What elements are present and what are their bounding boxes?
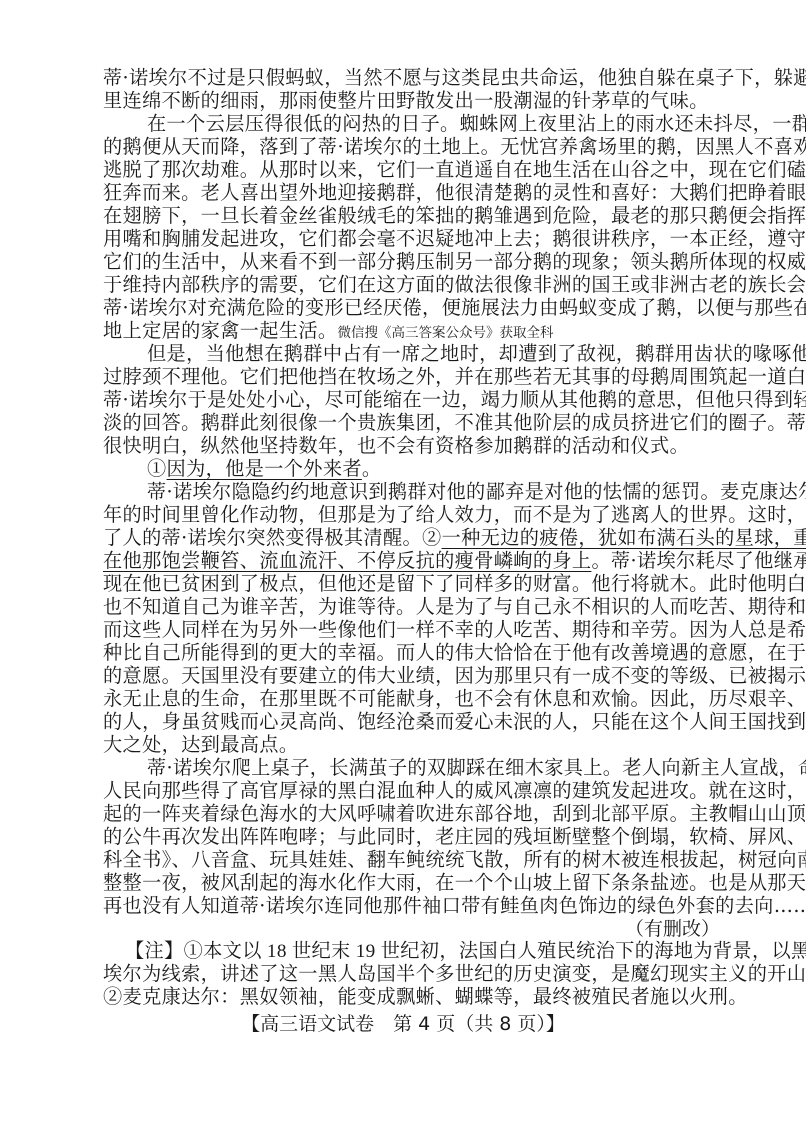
text-line: 逃脱了那次劫难。从那时以来，它们一直逍遥自在地生活在山谷之中，现在它们磕磕撞撞地: [103, 158, 718, 181]
text-line: 永无止息的生命，在那里既不可能献身，也不会有休息和欢愉。因此，历尽艰辛、不断苦斗: [103, 687, 718, 710]
exam-page: 蒂·诺埃尔不过是只假蚂蚁，当然不愿与这类昆虫共命运，他独自躲在桌子下，躲避那天夜…: [0, 0, 806, 1141]
text-line: 现在他已贫困到了极点，但他还是留下了同样多的财富。他行将就木。此时他明白了人永远: [103, 572, 718, 595]
annotation-line: ②麦克康达尔：黑奴领袖，能变成飘蜥、蝴蝶等，最终被殖民者施以火刑。: [103, 986, 718, 1009]
text-segment: 。蒂·诺埃尔耗尽了他继承的财富，: [591, 549, 806, 572]
underlined-text: 一种无边的疲倦，犹如布满石头的星球，重重地压: [442, 526, 806, 549]
underlined-sentence-2-end: 在他那饱尝鞭笞、流血流汗、不停反抗的瘦骨嶙峋的身上。蒂·诺埃尔耗尽了他继承的财富…: [103, 549, 718, 572]
text-segment: 地上定居的家禽一起生活。: [103, 319, 337, 342]
text-line: 的鹅便从天而降，落到了蒂·诺埃尔的土地上。无忧宫养禽场里的鹅，因黑人不喜欢鹅肉而: [103, 135, 718, 158]
text-line: 起的一阵夹着绿色海水的大风呼啸着吹进东部谷地，刮到北部平原。主教帽山山顶上被屠宰: [103, 802, 718, 825]
text-line: 很快明白，纵然他坚持数年，也不会有资格参加鹅群的活动和仪式。: [103, 434, 718, 457]
paragraph-start: 在一个云层压得很低的闷热的日子。蜘蛛网上夜里沾上的雨水还未抖尽，一群吵吵闹闹: [147, 112, 718, 135]
watermark: 微信搜《高三答案公众号》获取全科: [337, 325, 553, 341]
text-line: 蒂·诺埃尔对充满危险的变形已经厌倦，便施展法力由蚂蚁变成了鹅，以便与那些在他的土: [103, 296, 718, 319]
edit-note: （有删改）: [620, 918, 720, 941]
text-line: 它们的生活中，从来看不到一部分鹅压制另一部分鹅的现象；领头鹅所体现的权威仅仅是出: [103, 250, 718, 273]
text-line: 于维持内部秩序的需要，它们在这方面的做法很像非洲的国王或非洲古老的族长会议的头领…: [103, 273, 718, 296]
text-line: 在翅膀下，一旦长着金丝雀般绒毛的笨拙的鹅雏遇到危险，最老的那只鹅便会指挥所有的鹅: [103, 204, 718, 227]
underlined-text: 因为，他是一个外来者: [167, 457, 362, 480]
text-line: 用嘴和胸脯发起进攻，它们都会毫不迟疑地冲上去；鹅很讲秩序，一本正经，遵守制度，在: [103, 227, 718, 250]
annotation-line: 埃尔为线索，讲述了这一黑人岛国半个多世纪的历史演变，是魔幻现实主义的开山之作。: [103, 963, 718, 986]
text-line: 的意愿。天国里没有要建立的伟大业绩，因为那里只有一成不变的等级、已被揭示的秘密和: [103, 664, 718, 687]
text-line: 种比自己所能得到的更大的幸福。而人的伟大恰恰在于他有改善境遇的意愿，在于他有奋争: [103, 641, 718, 664]
text-line: 里连绵不断的细雨，那雨使整片田野散发出一股潮湿的针茅草的气味。: [103, 89, 718, 112]
text-line-with-watermark: 地上定居的家禽一起生活。微信搜《高三答案公众号》获取全科: [103, 319, 718, 342]
text-segment: 了人的蒂·诺埃尔突然变得极其清醒。②: [103, 526, 442, 549]
text-line: 大之处，达到最高点。: [103, 733, 718, 756]
underlined-text: 在他那饱尝鞭笞、流血流汗、不停反抗的瘦骨嶙峋的身上: [103, 549, 591, 572]
marker-1: ①: [147, 457, 167, 480]
text-line: 淡的回答。鹅群此刻很像一个贵族集团，不准其他阶层的成员挤进它们的圈子。蒂·诺埃尔: [103, 411, 718, 434]
text-line: 也不知道自己为谁辛苦，为谁等待。人是为了与自己永不相识的人而吃苦、期待和辛劳的；: [103, 595, 718, 618]
paragraph-start: 但是，当他想在鹅群中占有一席之地时，却遭到了敌视，鹅群用齿状的喙啄他，或者扭: [147, 342, 718, 365]
text-line: 的公牛再次发出阵阵咆哮；与此同时，老庄园的残垣断壁整个倒塌，软椅、屏风、一卷卷《…: [103, 825, 718, 848]
text-line: 的人，身虽贫贱而心灵高尚、饱经沧桑而爱心未泯的人，只能在这个人间王国找到自己的伟: [103, 710, 718, 733]
text-line: 整整一夜，被风刮起的海水化作大雨，在一个个山坡上留下条条盐迹。也是从那天夜晚起，: [103, 871, 718, 894]
paragraph-start: 蒂·诺埃尔隐隐约约地意识到鹅群对他的鄙弃是对他的怯懦的惩罚。麦克康达尔在许多: [147, 480, 718, 503]
text-line: 蒂·诺埃尔于是处处小心，尽可能缩在一边，竭力顺从其他鹅的意思，但他只得到轻蔑、冷: [103, 388, 718, 411]
text-line: 科全书》、八音盒、玩具娃娃、翻车鲀统统飞散，所有的树木被连根拔起，树冠向南横倒在…: [103, 848, 718, 871]
text-line: 而这些人同样在为另外一些像他们一样不幸的人吃苦、期待和辛劳。因为人总是希望得到一: [103, 618, 718, 641]
text-line: 年的时间里曾化作动物，但那是为了给人效力，而不是为了逃离人的世界。这时，重又变成: [103, 503, 718, 526]
text-line: 狂奔而来。老人喜出望外地迎接鹅群，他很清楚鹅的灵性和喜好：大鹅们把睁着眼的脑袋埋: [103, 181, 718, 204]
text-line: 再也没有人知道蒂·诺埃尔连同他那件袖口带有鲑鱼肉色饰边的绿色外套的去向……: [103, 894, 718, 917]
text-line: 蒂·诺埃尔不过是只假蚂蚁，当然不愿与这类昆虫共命运，他独自躲在桌子下，躲避那天夜: [103, 66, 718, 89]
underlined-sentence-2-start: 了人的蒂·诺埃尔突然变得极其清醒。②一种无边的疲倦，犹如布满石头的星球，重重地压: [103, 526, 718, 549]
paragraph-start: 蒂·诺埃尔爬上桌子，长满茧子的双脚踩在细木家具上。老人向新主人宣战，命令他的: [147, 756, 718, 779]
text-segment: 。: [362, 457, 382, 480]
underlined-sentence-1: ①因为，他是一个外来者。: [147, 457, 718, 480]
text-line: 过脖颈不理他。它们把他挡在牧场之外，并在那些若无其事的母鹅周围筑起一道白羽毛的墙…: [103, 365, 718, 388]
text-line: 人民向那些得了高官厚禄的黑白混血种人的威风凛凛的建筑发起进攻。就在这时，从大洋掀: [103, 779, 718, 802]
page-footer: 【高三语文试卷 第 4 页（共 8 页）】: [0, 1012, 806, 1036]
annotation-line: 【注】①本文以 18 世纪末 19 世纪初，法国白人殖民统治下的海地为背景，以黑…: [125, 940, 718, 963]
